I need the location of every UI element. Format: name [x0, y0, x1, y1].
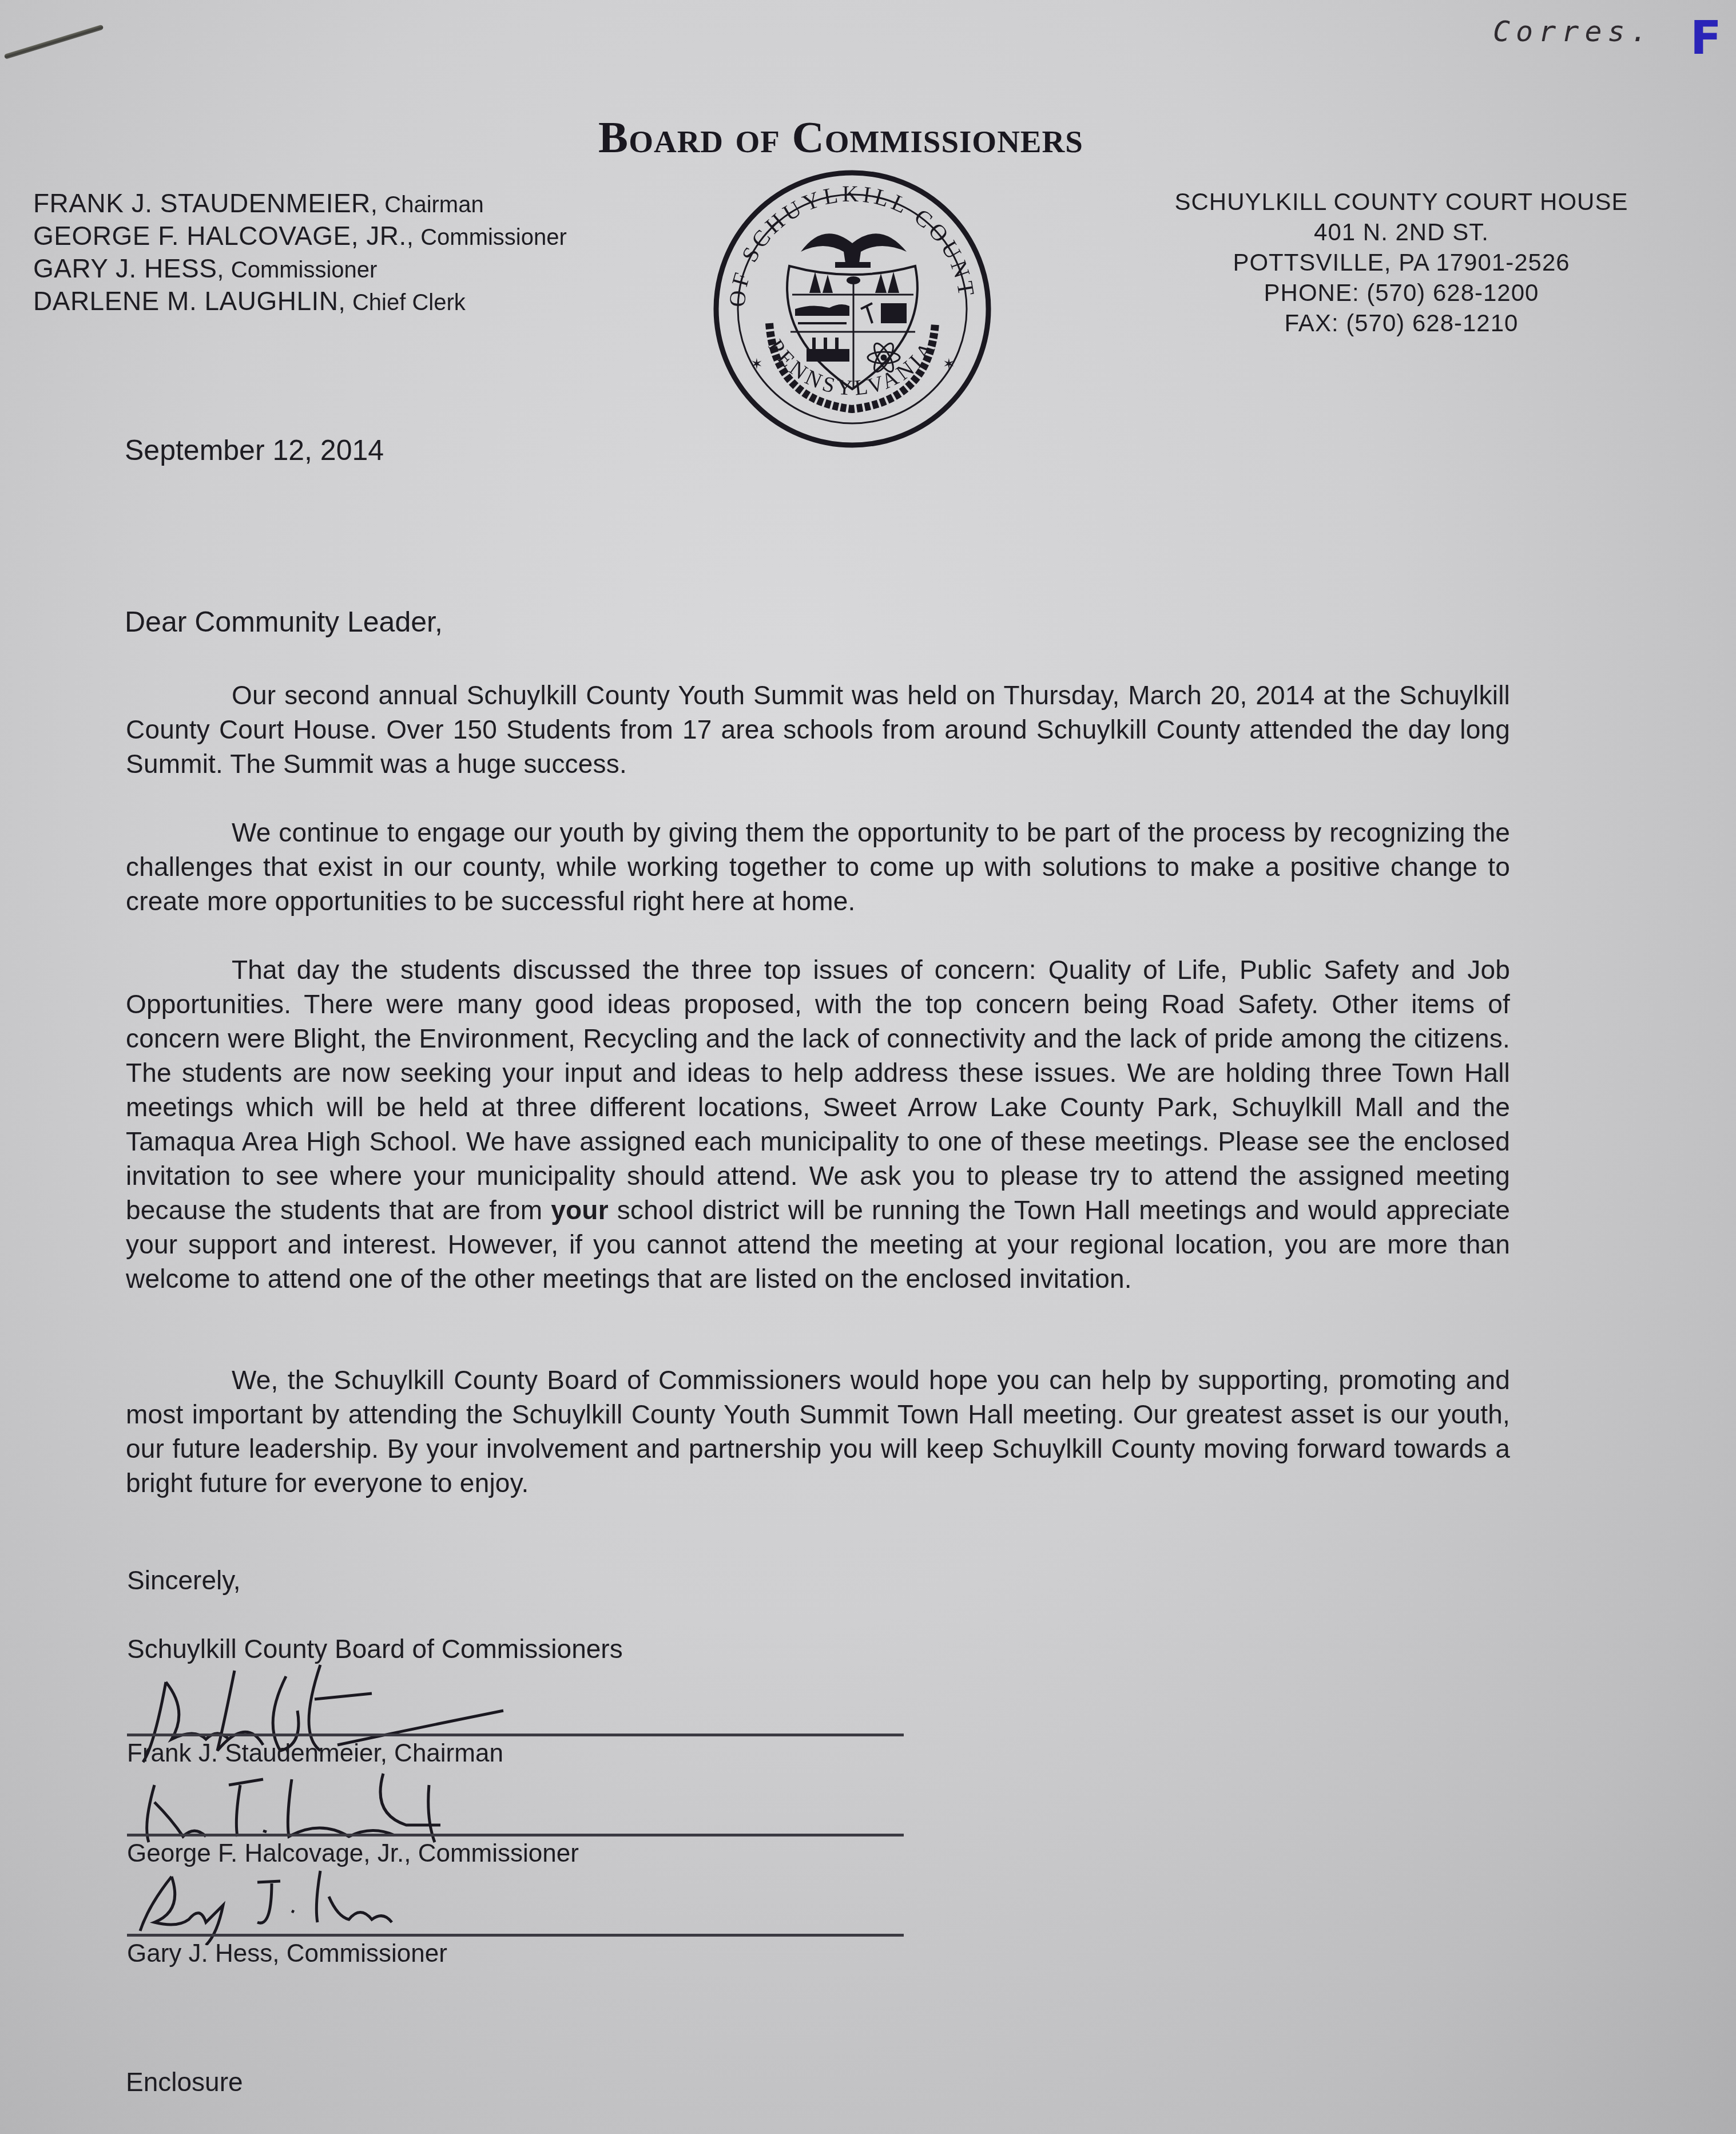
handwritten-mark: F: [1690, 11, 1722, 65]
star-icon: ✶: [943, 355, 955, 372]
signature-line: [127, 1834, 904, 1836]
body-paragraph: We, the Schuylkill County Board of Commi…: [126, 1363, 1510, 1500]
address-line: 401 N. 2ND ST.: [1121, 217, 1682, 247]
salutation: Dear Community Leader,: [125, 605, 443, 638]
svg-text:PENNSYLVANIA: PENNSYLVANIA: [764, 335, 942, 400]
letterhead-title: Board of Commissioners: [0, 112, 1682, 163]
seal-bottom-text: PENNSYLVANIA: [764, 335, 942, 400]
address-line: POTTSVILLE, PA 17901-2526: [1121, 247, 1682, 277]
address-line: SCHUYLKILL COUNTY COURT HOUSE: [1121, 187, 1682, 217]
address-block: SCHUYLKILL COUNTY COURT HOUSE 401 N. 2ND…: [1121, 187, 1682, 338]
seal-top-text: SEAL OF SCHUYLKILL COUNTY 1811: [709, 166, 980, 308]
official-item: DARLENE M. LAUGHLIN, Chief Clerk: [33, 285, 567, 318]
closing: Sincerely,: [127, 1565, 241, 1596]
body-paragraph: We continue to engage our youth by givin…: [126, 815, 1510, 918]
enclosure-note: Enclosure: [126, 2066, 243, 2097]
emphasis-text: your: [551, 1195, 608, 1225]
signature-line: [127, 1934, 904, 1937]
star-icon: ✶: [750, 355, 763, 372]
body-paragraph: That day the students discussed the thre…: [126, 953, 1510, 1296]
signature-line: [127, 1734, 904, 1736]
official-item: GEORGE F. HALCOVAGE, JR., Commissioner: [33, 220, 567, 253]
officials-list: FRANK J. STAUDENMEIER, Chairman GEORGE F…: [33, 188, 567, 318]
official-item: FRANK J. STAUDENMEIER, Chairman: [33, 188, 567, 220]
signatory-name: Gary J. Hess, Commissioner: [127, 1939, 447, 1968]
official-item: GARY J. HESS, Commissioner: [33, 253, 567, 285]
county-seal-icon: SEAL OF SCHUYLKILL COUNTY 1811 PENNSYLVA…: [709, 166, 995, 452]
body-paragraph: Our second annual Schuylkill County Yout…: [126, 678, 1510, 781]
signatory-name: George F. Halcovage, Jr., Commissioner: [127, 1839, 579, 1868]
svg-text:SEAL OF SCHUYLKILL COUNTY 1811: SEAL OF SCHUYLKILL COUNTY 1811: [709, 166, 980, 308]
fax-line: FAX: (570) 628-1210: [1121, 308, 1682, 338]
staple-mark: [4, 25, 104, 60]
handwritten-note: Corres.: [1493, 15, 1654, 48]
signatory-name: Frank J. Staudenmeier, Chairman: [127, 1739, 503, 1768]
signature-hess: [132, 1865, 704, 1945]
letter-date: September 12, 2014: [125, 434, 384, 467]
phone-line: PHONE: (570) 628-1200: [1121, 277, 1682, 308]
